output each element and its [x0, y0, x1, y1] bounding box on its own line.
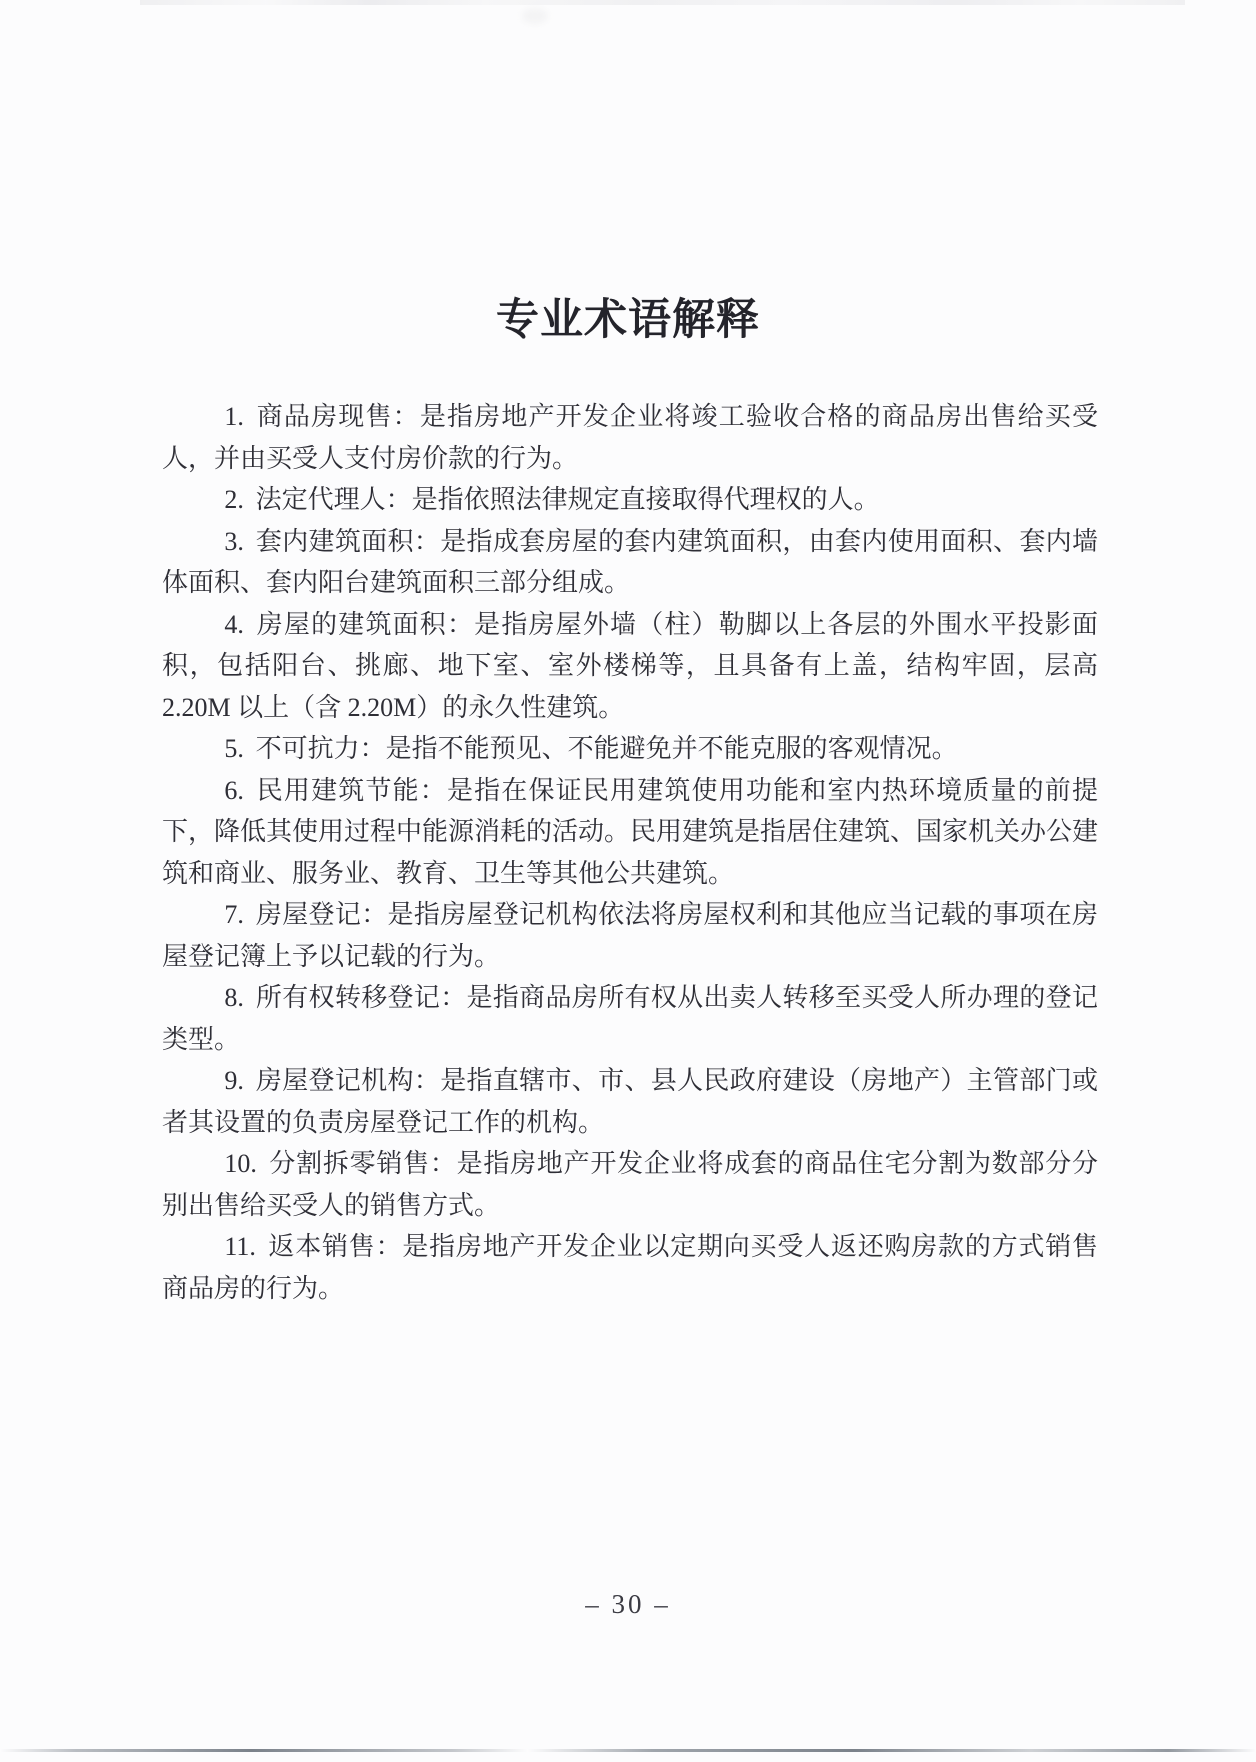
scan-artifact-bottom-line — [0, 1749, 1256, 1752]
item-term: 商品房现售 — [256, 402, 393, 431]
item-term: 房屋的建筑面积 — [256, 610, 447, 639]
item-number: 7. — [224, 900, 244, 929]
item-number: 6. — [224, 776, 244, 805]
item-number: 1. — [224, 402, 244, 431]
item-colon: ： — [430, 1149, 457, 1178]
definition-item: 4.房屋的建筑面积：是指房屋外墙（柱）勒脚以上各层的外围水平投影面积，包括阳台、… — [162, 604, 1098, 729]
item-number: 3. — [224, 527, 244, 556]
definition-item: 5.不可抗力：是指不能预见、不能避免并不能克服的客观情况。 — [162, 728, 1098, 770]
item-term: 分割拆零销售 — [269, 1149, 430, 1178]
definition-item: 1.商品房现售：是指房地产开发企业将竣工验收合格的商品房出售给买受人，并由买受人… — [162, 396, 1098, 479]
definition-item: 8.所有权转移登记：是指商品房所有权从出卖人转移至买受人所办理的登记类型。 — [162, 977, 1098, 1060]
page-title: 专业术语解释 — [0, 297, 1256, 345]
scan-artifact-top — [140, 0, 1185, 5]
item-definition: 是指不能预见、不能避免并不能克服的客观情况。 — [386, 734, 958, 763]
item-number: 2. — [224, 485, 244, 514]
item-colon: ： — [414, 527, 440, 556]
item-term: 房屋登记机构 — [256, 1066, 414, 1095]
item-term: 所有权转移登记 — [256, 983, 441, 1012]
item-number: 4. — [224, 610, 244, 639]
item-colon: ： — [361, 900, 387, 929]
item-term: 民用建筑节能 — [256, 776, 420, 805]
item-term: 房屋登记 — [256, 900, 362, 929]
definition-item: 11.返本销售：是指房地产开发企业以定期向买受人返还购房款的方式销售商品房的行为… — [162, 1226, 1098, 1309]
scan-artifact-smudge — [522, 8, 548, 24]
item-definition: 是指依照法律规定直接取得代理权的人。 — [412, 485, 880, 514]
terminology-list: 1.商品房现售：是指房地产开发企业将竣工验收合格的商品房出售给买受人，并由买受人… — [162, 396, 1098, 1309]
item-number: 8. — [224, 983, 244, 1012]
item-term: 法定代理人 — [256, 485, 386, 514]
item-colon: ： — [440, 983, 466, 1012]
item-colon: ： — [386, 485, 412, 514]
definition-item: 6.民用建筑节能：是指在保证民用建筑使用功能和室内热环境质量的前提下，降低其使用… — [162, 770, 1098, 895]
definition-item: 9.房屋登记机构：是指直辖市、市、县人民政府建设（房地产）主管部门或者其设置的负… — [162, 1060, 1098, 1143]
definition-item: 2.法定代理人：是指依照法律规定直接取得代理权的人。 — [162, 479, 1098, 521]
item-term: 不可抗力 — [256, 734, 360, 763]
item-colon: ： — [360, 734, 386, 763]
item-term: 返本销售 — [268, 1232, 376, 1261]
item-number: 10. — [224, 1149, 257, 1178]
item-colon: ： — [376, 1232, 403, 1261]
item-number: 9. — [224, 1066, 244, 1095]
item-colon: ： — [393, 402, 420, 431]
item-term: 套内建筑面积 — [256, 527, 414, 556]
definition-item: 7.房屋登记：是指房屋登记机构依法将房屋权利和其他应当记载的事项在房屋登记簿上予… — [162, 894, 1098, 977]
definition-item: 3.套内建筑面积：是指成套房屋的套内建筑面积，由套内使用面积、套内墙体面积、套内… — [162, 521, 1098, 604]
item-number: 5. — [224, 734, 244, 763]
item-colon: ： — [447, 610, 474, 639]
item-number: 11. — [224, 1232, 256, 1261]
item-colon: ： — [414, 1066, 440, 1095]
item-colon: ： — [420, 776, 447, 805]
page-number: – 30 – — [0, 1588, 1256, 1620]
definition-item: 10.分割拆零销售：是指房地产开发企业将成套的商品住宅分割为数部分分别出售给买受… — [162, 1143, 1098, 1226]
